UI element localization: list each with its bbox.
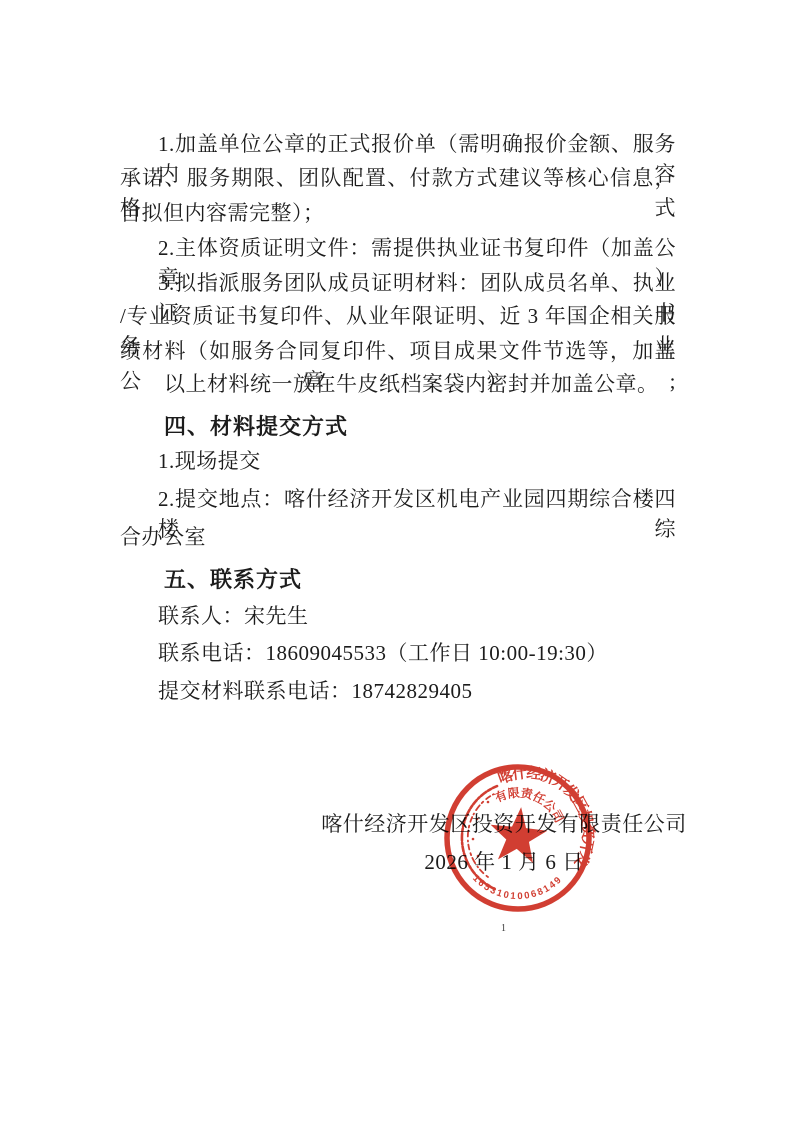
company-seal: 喀什经济开发区投资开发 有限责任公司 16531010068149 — [433, 753, 603, 923]
sealing-note: 以上材料统一放在牛皮纸档案袋内密封并加盖公章。 — [120, 369, 676, 399]
submission-address-line-2: 合办公室 — [120, 522, 676, 552]
section-heading-contact: 五、联系方式 — [120, 565, 676, 595]
requirement-item-1-line-3: 自拟但内容需完整）； — [120, 198, 676, 228]
contact-person: 联系人：宋先生 — [120, 601, 676, 631]
seal-outer-text: 喀什经济开发区投资开发 — [496, 763, 597, 871]
page-number: 1 — [501, 923, 506, 934]
seal-uyghur-script — [462, 785, 499, 888]
contact-phone: 联系电话：18609045533（工作日 10:00-19:30） — [120, 638, 676, 668]
section-heading-materials-submission: 四、材料提交方式 — [120, 412, 676, 442]
submission-method-onsite: 1.现场提交 — [120, 446, 676, 476]
star-icon — [487, 804, 549, 864]
material-submission-phone: 提交材料联系电话：18742829405 — [120, 676, 676, 706]
seal-inner-text: 有限责任公司 — [492, 785, 566, 826]
document-page: 1.加盖单位公章的正式报价单（需明确报价金额、服务内容 承诺、服务期限、团队配置… — [0, 0, 793, 1122]
